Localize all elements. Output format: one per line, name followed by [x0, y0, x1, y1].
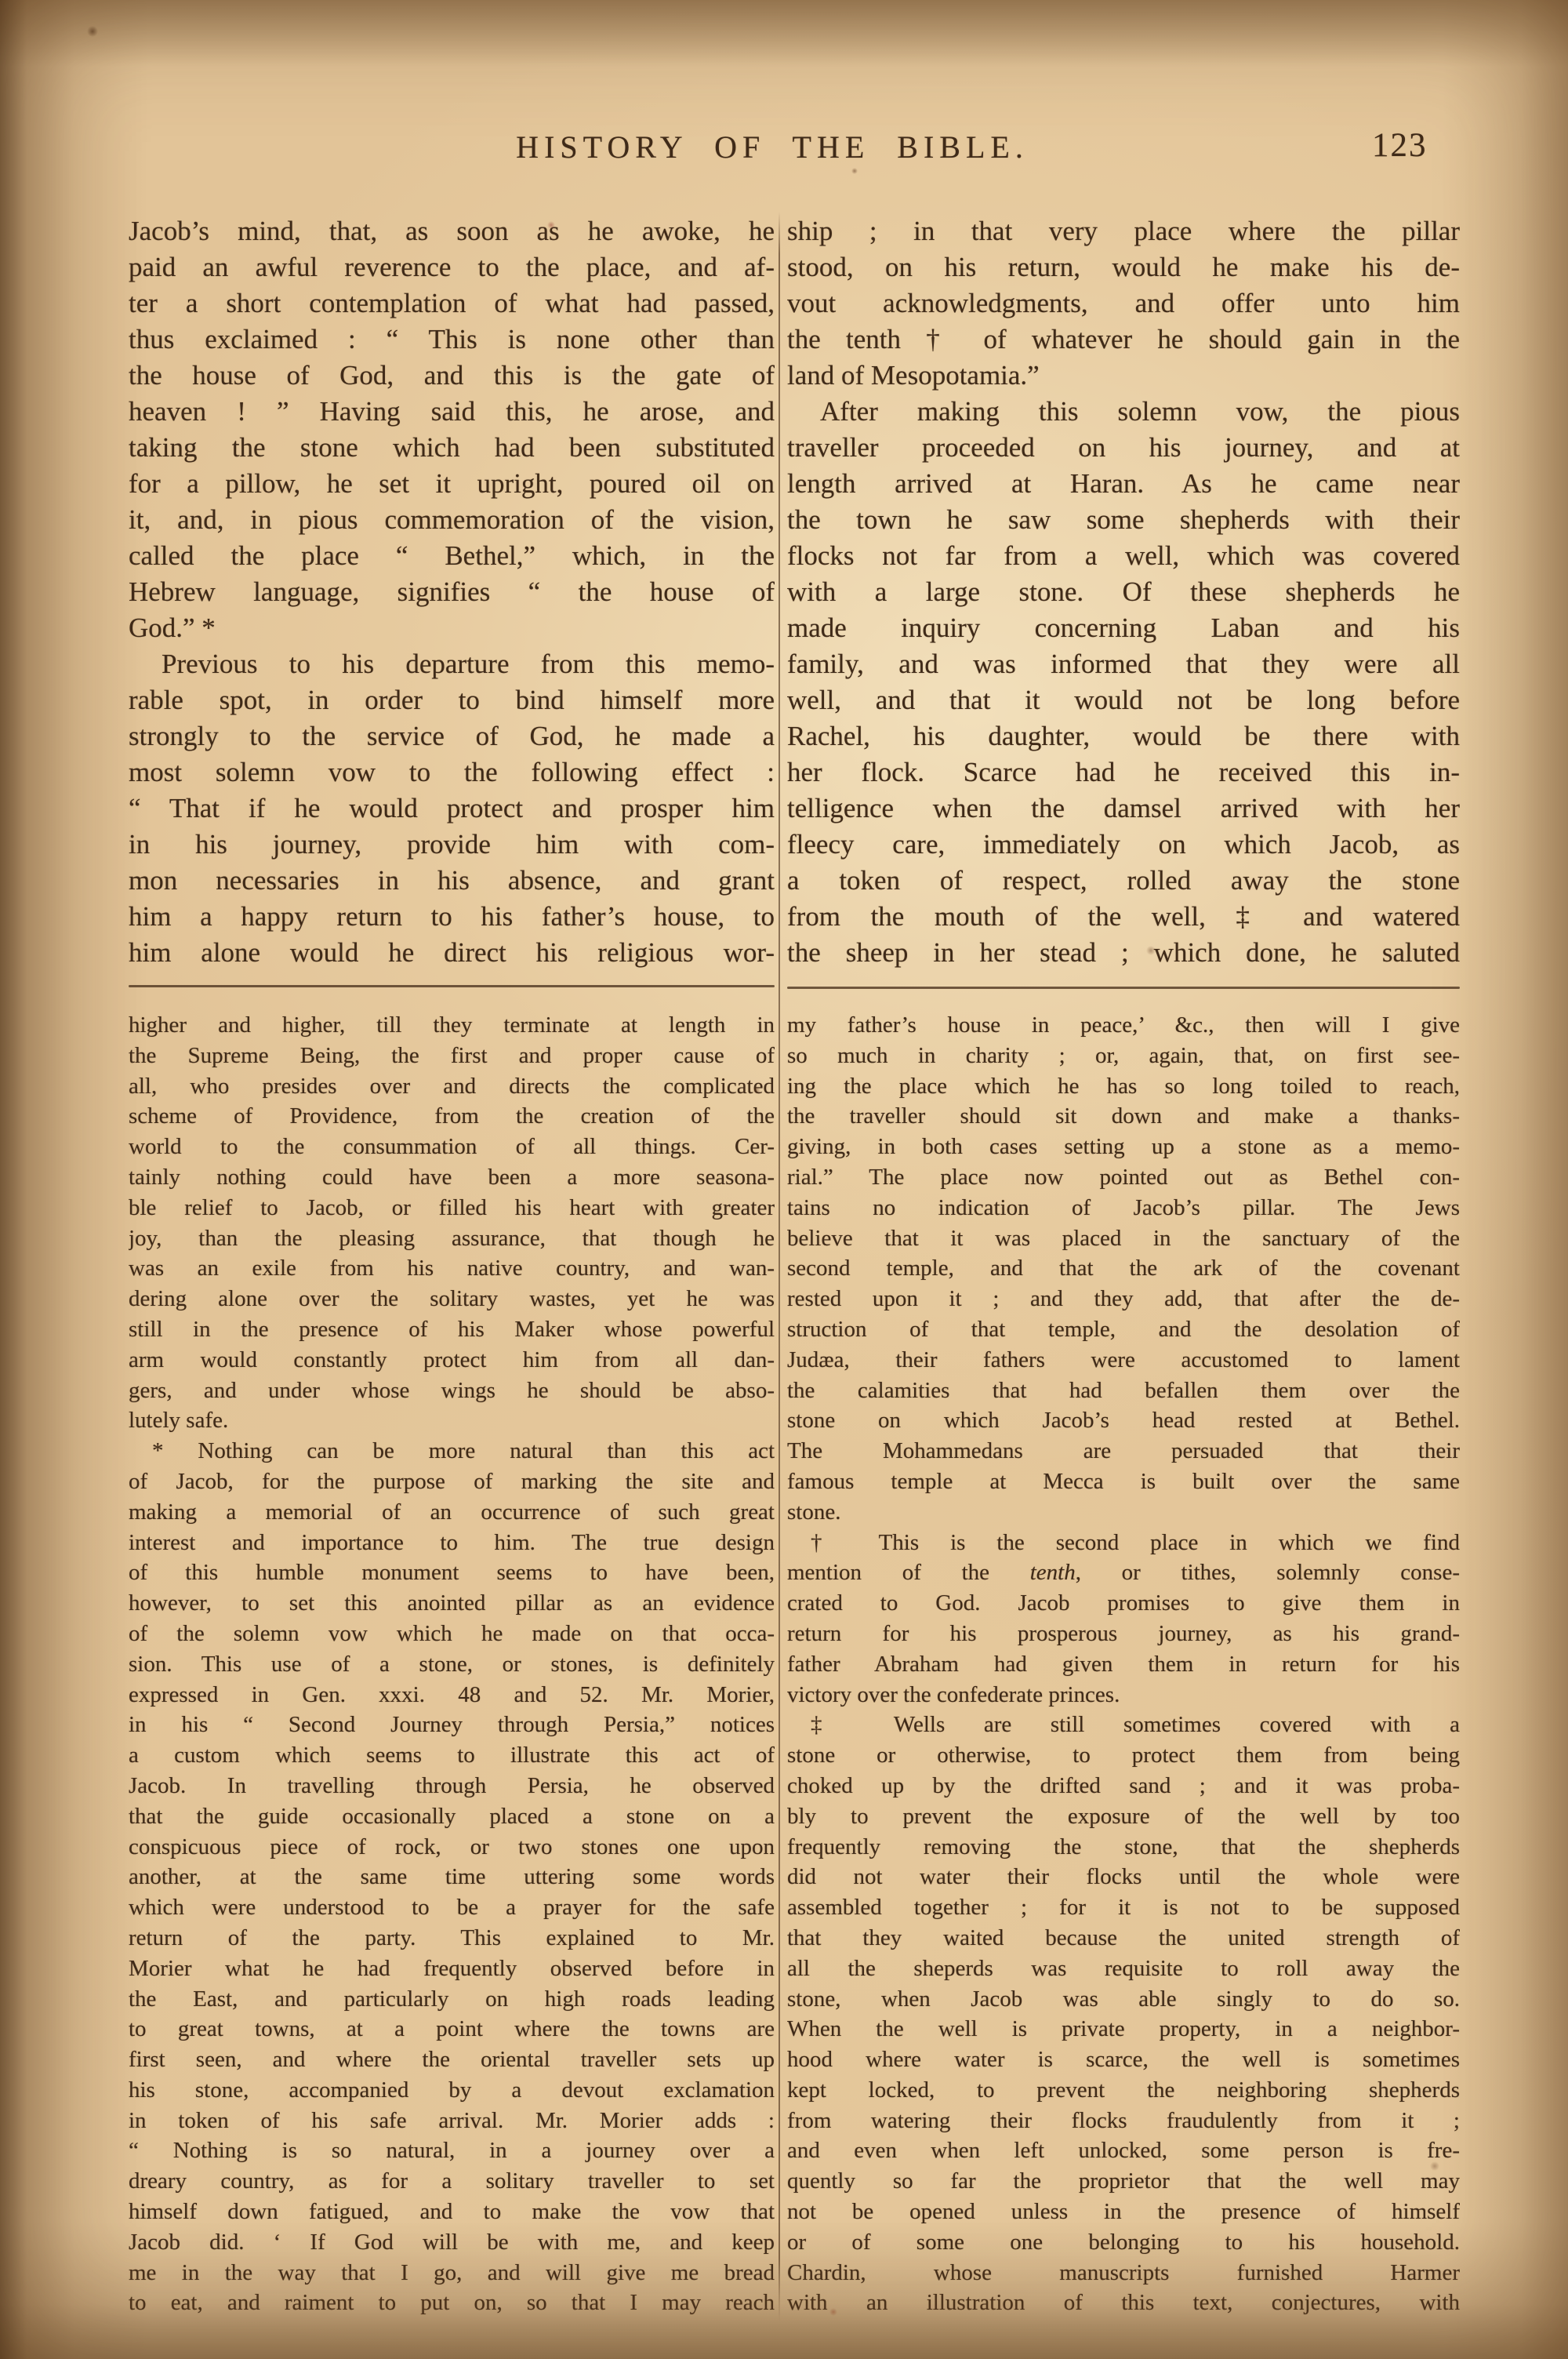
text-line: all the sheperds was requisite to roll a…: [787, 1954, 1460, 1984]
text-line: famous temple at Mecca is built over the…: [787, 1467, 1460, 1497]
text-line: mon necessaries in his absence, and gran…: [129, 863, 775, 899]
text-line: with a large stone. Of these shepherds h…: [787, 574, 1460, 610]
text-line: choked up by the drifted sand ; and it w…: [787, 1771, 1460, 1801]
text-line: rested upon it ; and they add, that afte…: [787, 1284, 1460, 1314]
text-line: rial.” The place now pointed out as Beth…: [787, 1162, 1460, 1193]
text-line: stone, when Jacob was able singly to do …: [787, 1984, 1460, 2015]
text-line: gers, and under whose wings he should be…: [129, 1376, 775, 1406]
footnote-separator-rule-left: [129, 985, 775, 987]
text-line: crated to God. Jacob promises to give th…: [787, 1588, 1460, 1619]
text-line: mention of the tenth, or tithes, solemnl…: [787, 1558, 1460, 1588]
text-line: to great towns, at a point where the tow…: [129, 2014, 775, 2045]
text-line: tainly nothing could have been a more se…: [129, 1162, 775, 1193]
text-line: fleecy care, immediately on which Jacob,…: [787, 827, 1460, 863]
text-line: a token of respect, rolled away the ston…: [787, 863, 1460, 899]
footnote-column-right: my father’s house in peace,’ &c., then w…: [787, 1010, 1460, 2318]
text-line: paid an awful reverence to the place, an…: [129, 249, 775, 285]
text-line: family, and was informed that they were …: [787, 646, 1460, 682]
text-line: in token of his safe arrival. Mr. Morier…: [129, 2106, 775, 2136]
text-line: was an exile from his native country, an…: [129, 1253, 775, 1284]
page-number: 123: [1372, 126, 1428, 165]
text-line: not be opened unless in the presence of …: [787, 2197, 1460, 2227]
text-line: that the guide occasionally placed a sto…: [129, 1801, 775, 1832]
text-line: hood where water is scarce, the well is …: [787, 2045, 1460, 2075]
text-line: did not water their flocks until the who…: [787, 1862, 1460, 1892]
text-line: stone on which Jacob’s head rested at Be…: [787, 1405, 1460, 1436]
text-line: the tenth † of whatever he should gain i…: [787, 322, 1460, 358]
text-line: giving, in both cases setting up a stone…: [787, 1132, 1460, 1162]
text-line: length arrived at Haran. As he came near: [787, 466, 1460, 502]
text-line: taking the stone which had been substitu…: [129, 430, 775, 466]
text-line: the house of God, and this is the gate o…: [129, 358, 775, 394]
text-line: called the place “ Bethel,” which, in th…: [129, 538, 775, 574]
text-line: telligence when the damsel arrived with …: [787, 791, 1460, 827]
text-line: joy, than the pleasing assurance, that t…: [129, 1223, 775, 1254]
text-line: † This is the second place in which we f…: [787, 1528, 1460, 1558]
text-line: higher and higher, till they terminate a…: [129, 1010, 775, 1041]
footnote-separator-rule-right: [787, 987, 1460, 989]
text-line: to eat, and raiment to put on, so that I…: [129, 2288, 775, 2318]
text-line: traveller proceeded on his journey, and …: [787, 430, 1460, 466]
text-line: in his “ Second Journey through Persia,”…: [129, 1710, 775, 1740]
text-line: heaven ! ” Having said this, he arose, a…: [129, 394, 775, 430]
text-line: for a pillow, he set it upright, poured …: [129, 466, 775, 502]
text-line: victory over the confederate princes.: [787, 1680, 1460, 1710]
text-line: making a memorial of an occurrence of su…: [129, 1497, 775, 1528]
text-line: ship ; in that very place where the pill…: [787, 213, 1460, 249]
text-line: “ Nothing is so natural, in a journey ov…: [129, 2135, 775, 2166]
text-line: stone.: [787, 1497, 1460, 1528]
text-line: tains no indication of Jacob’s pillar. T…: [787, 1193, 1460, 1223]
text-line: which were understood to be a prayer for…: [129, 1892, 775, 1923]
text-line: return of the party. This explained to M…: [129, 1923, 775, 1954]
text-line: the town he saw some shepherds with thei…: [787, 502, 1460, 538]
text-line: Morier what he had frequently observed b…: [129, 1954, 775, 1984]
text-line: bly to prevent the exposure of the well …: [787, 1801, 1460, 1832]
text-line: my father’s house in peace,’ &c., then w…: [787, 1010, 1460, 1041]
text-line: The Mohammedans are persuaded that their: [787, 1436, 1460, 1467]
main-text-column-left: Jacob’s mind, that, as soon as he awoke,…: [129, 213, 775, 971]
text-line: land of Mesopotamia.”: [787, 358, 1460, 394]
text-line: it, and, in pious commemoration of the v…: [129, 502, 775, 538]
text-line: the Supreme Being, the first and proper …: [129, 1041, 775, 1071]
text-line: scheme of Providence, from the creation …: [129, 1101, 775, 1132]
text-line: still in the presence of his Maker whose…: [129, 1314, 775, 1345]
text-line: with an illustration of this text, conje…: [787, 2288, 1460, 2318]
text-line: ter a short contemplation of what had pa…: [129, 285, 775, 322]
text-line: dreary country, as for a solitary travel…: [129, 2166, 775, 2197]
footnote-column-left: higher and higher, till they terminate a…: [129, 1010, 775, 2318]
text-line: Jacob’s mind, that, as soon as he awoke,…: [129, 213, 775, 249]
text-line: him alone would he direct his religious …: [129, 935, 775, 971]
text-line: or of some one belonging to his househol…: [787, 2227, 1460, 2258]
text-line: flocks not far from a well, which was co…: [787, 538, 1460, 574]
text-line: strongly to the service of God, he made …: [129, 718, 775, 754]
text-line: “ That if he would protect and prosper h…: [129, 791, 775, 827]
text-line: kept locked, to prevent the neighboring …: [787, 2075, 1460, 2106]
text-line: him a happy return to his father’s house…: [129, 899, 775, 935]
book-page-photo: HISTORY OF THE BIBLE. 123 Jacob’s mind, …: [0, 0, 1568, 2359]
text-line: conspicuous piece of rock, or two stones…: [129, 1832, 775, 1863]
text-line: vout acknowledgments, and offer unto him: [787, 285, 1460, 322]
text-line: After making this solemn vow, the pious: [787, 394, 1460, 430]
text-line: expressed in Gen. xxxi. 48 and 52. Mr. M…: [129, 1680, 775, 1710]
running-head-title: HISTORY OF THE BIBLE.: [516, 129, 1029, 165]
text-line: stone or otherwise, to protect them from…: [787, 1740, 1460, 1771]
text-line: God.” *: [129, 610, 775, 646]
text-line: When the well is private property, in a …: [787, 2014, 1460, 2045]
text-line: Previous to his departure from this memo…: [129, 646, 775, 682]
text-line: stood, on his return, would he make his …: [787, 249, 1460, 285]
text-line: world to the consummation of all things.…: [129, 1132, 775, 1162]
text-line: of Jacob, for the purpose of marking the…: [129, 1467, 775, 1497]
text-line: lutely safe.: [129, 1405, 775, 1436]
main-text-column-right: ship ; in that very place where the pill…: [787, 213, 1460, 971]
text-line: ‡ Wells are still sometimes covered with…: [787, 1710, 1460, 1740]
text-line: himself down fatigued, and to make the v…: [129, 2197, 775, 2227]
text-line: first seen, and where the oriental trave…: [129, 2045, 775, 2075]
text-line: assembled together ; for it is not to be…: [787, 1892, 1460, 1923]
text-line: Jacob. In travelling through Persia, he …: [129, 1771, 775, 1801]
text-line: his stone, accompanied by a devout excla…: [129, 2075, 775, 2106]
text-line: her flock. Scarce had he received this i…: [787, 754, 1460, 791]
text-line: thus exclaimed : “ This is none other th…: [129, 322, 775, 358]
text-line: quently so far the proprietor that the w…: [787, 2166, 1460, 2197]
text-line: in his journey, provide him with com-: [129, 827, 775, 863]
text-line: all, who presides over and directs the c…: [129, 1071, 775, 1102]
text-line: from the mouth of the well, ‡ and watere…: [787, 899, 1460, 935]
text-line: me in the way that I go, and will give m…: [129, 2258, 775, 2288]
text-line: another, at the same time uttering some …: [129, 1862, 775, 1892]
text-line: second temple, and that the ark of the c…: [787, 1253, 1460, 1284]
text-line: frequently removing the stone, that the …: [787, 1832, 1460, 1863]
text-line: that they waited because the united stre…: [787, 1923, 1460, 1954]
text-line: sion. This use of a stone, or stones, is…: [129, 1649, 775, 1680]
text-line: Rachel, his daughter, would be there wit…: [787, 718, 1460, 754]
text-line: most solemn vow to the following effect …: [129, 754, 775, 791]
text-line: rable spot, in order to bind himself mor…: [129, 682, 775, 718]
text-line: Judæa, their fathers were accustomed to …: [787, 1345, 1460, 1376]
text-line: from watering their flocks fraudulently …: [787, 2106, 1460, 2136]
text-line: the East, and particularly on high roads…: [129, 1984, 775, 2015]
text-line: ing the place which he has so long toile…: [787, 1071, 1460, 1102]
text-line: * Nothing can be more natural than this …: [129, 1436, 775, 1467]
text-line: Jacob did. ‘ If God will be with me, and…: [129, 2227, 775, 2258]
text-line: interest and importance to him. The true…: [129, 1528, 775, 1558]
text-line: Hebrew language, signifies “ the house o…: [129, 574, 775, 610]
text-line: the traveller should sit down and make a…: [787, 1101, 1460, 1132]
text-line: well, and that it would not be long befo…: [787, 682, 1460, 718]
text-line: the calamities that had befallen them ov…: [787, 1376, 1460, 1406]
text-line: struction of that temple, and the desola…: [787, 1314, 1460, 1345]
text-line: believe that it was placed in the sanctu…: [787, 1223, 1460, 1254]
text-line: so much in charity ; or, again, that, on…: [787, 1041, 1460, 1071]
column-divider-rule: [779, 212, 780, 2321]
text-line: father Abraham had given them in return …: [787, 1649, 1460, 1680]
text-line: dering alone over the solitary wastes, y…: [129, 1284, 775, 1314]
text-line: of this humble monument seems to have be…: [129, 1558, 775, 1588]
text-line: arm would constantly protect him from al…: [129, 1345, 775, 1376]
text-line: however, to set this anointed pillar as …: [129, 1588, 775, 1619]
text-line: a custom which seems to illustrate this …: [129, 1740, 775, 1771]
text-line: the sheep in her stead ; which done, he …: [787, 935, 1460, 971]
text-line: made inquiry concerning Laban and his: [787, 610, 1460, 646]
text-line: of the solemn vow which he made on that …: [129, 1619, 775, 1649]
text-line: ble relief to Jacob, or filled his heart…: [129, 1193, 775, 1223]
text-line: Chardin, whose manuscripts furnished Har…: [787, 2258, 1460, 2288]
text-line: and even when left unlocked, some person…: [787, 2135, 1460, 2166]
text-line: return for his prosperous journey, as hi…: [787, 1619, 1460, 1649]
